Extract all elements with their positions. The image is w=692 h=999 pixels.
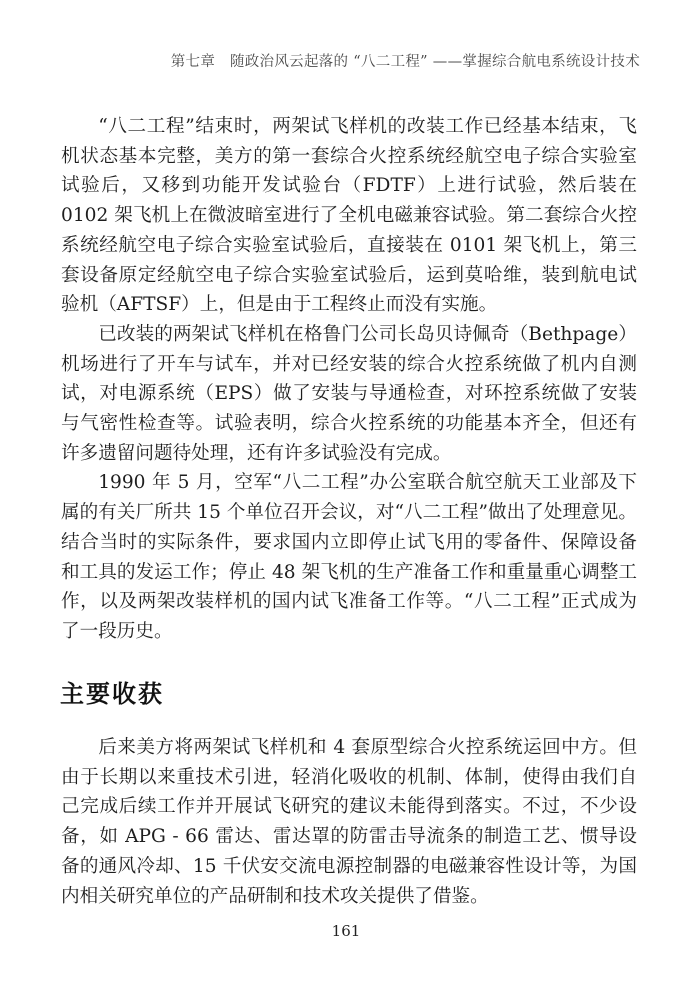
paragraph: 已改装的两架试飞样机在格鲁门公司长岛贝诗佩奇（Bethpage）机场进行了开车与… (61, 320, 637, 469)
running-header: 第七章 随政治风云起落的 “八二工程” ——掌握综合航电系统设计技术 (171, 50, 640, 71)
paragraph: 后来美方将两架试飞样机和 4 套原型综合火控系统运回中方。但由于长期以来重技术引… (61, 733, 637, 911)
paragraph: “八二工程”结束时，两架试飞样机的改装工作已经基本结束，飞机状态基本完整，美方的… (61, 112, 637, 320)
page-number: 161 (0, 922, 692, 940)
section-1-body: “八二工程”结束时，两架试飞样机的改装工作已经基本结束，飞机状态基本完整，美方的… (61, 112, 637, 647)
paragraph: 1990 年 5 月，空军“八二工程”办公室联合航空航天工业部及下属的有关厂所共… (61, 468, 637, 646)
section-heading: 主要收获 (60, 674, 164, 709)
section-2-body: 后来美方将两架试飞样机和 4 套原型综合火控系统运回中方。但由于长期以来重技术引… (61, 733, 637, 911)
